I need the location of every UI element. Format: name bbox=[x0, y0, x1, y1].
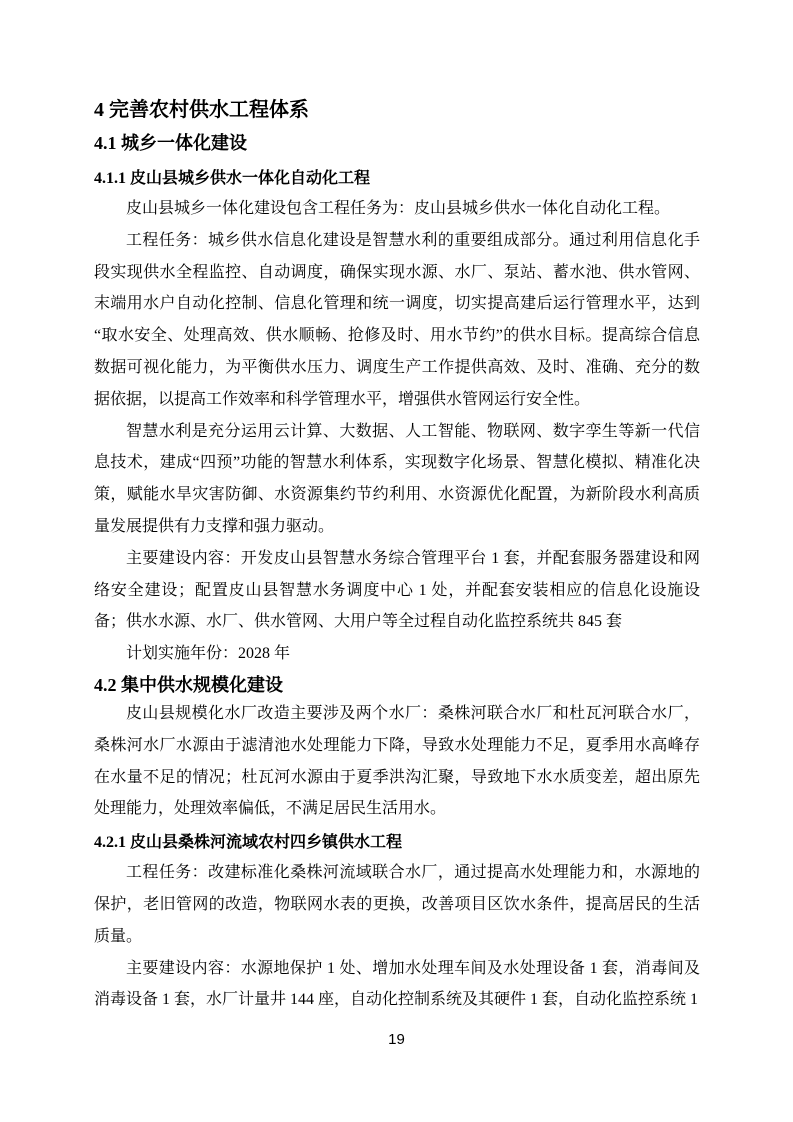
paragraph-section-4-2-intro: 皮山县规模化水厂改造主要涉及两个水厂：桑株河联合水厂和杜瓦河联合水厂，桑株河水厂… bbox=[94, 698, 700, 825]
paragraph-planned-year: 计划实施年份：2028 年 bbox=[94, 638, 700, 670]
document-content: 4 完善农村供水工程体系 4.1 城乡一体化建设 4.1.1 皮山县城乡供水一体… bbox=[94, 96, 700, 1016]
paragraph-main-construction-4-2-1: 主要建设内容：水源地保护 1 处、增加水处理车间及水处理设备 1 套，消毒间及消… bbox=[94, 953, 700, 1017]
paragraph-included-tasks: 皮山县城乡一体化建设包含工程任务为：皮山县城乡供水一体化自动化工程。 bbox=[94, 193, 700, 225]
section-4-1-heading: 4.1 城乡一体化建设 bbox=[94, 130, 700, 156]
section-4-2-heading: 4.2 集中供水规模化建设 bbox=[94, 672, 700, 698]
paragraph-main-construction-4-1-1: 主要建设内容：开发皮山县智慧水务综合管理平台 1 套，并配套服务器建设和网络安全… bbox=[94, 543, 700, 638]
subsection-4-1-1-heading: 4.1.1 皮山县城乡供水一体化自动化工程 bbox=[94, 167, 700, 191]
paragraph-smart-water: 智慧水利是充分运用云计算、大数据、人工智能、物联网、数字孪生等新一代信息技术，建… bbox=[94, 416, 700, 543]
page-number: 19 bbox=[0, 1031, 793, 1048]
chapter-4-heading: 4 完善农村供水工程体系 bbox=[94, 96, 700, 124]
paragraph-project-task-4-2-1: 工程任务：改建标准化桑株河流域联合水厂，通过提高水处理能力和，水源地的保护，老旧… bbox=[94, 857, 700, 952]
document-page: 4 完善农村供水工程体系 4.1 城乡一体化建设 4.1.1 皮山县城乡供水一体… bbox=[0, 0, 793, 1122]
paragraph-project-task-4-1-1: 工程任务：城乡供水信息化建设是智慧水利的重要组成部分。通过利用信息化手段实现供水… bbox=[94, 225, 700, 416]
subsection-4-2-1-heading: 4.2.1 皮山县桑株河流域农村四乡镇供水工程 bbox=[94, 831, 700, 855]
